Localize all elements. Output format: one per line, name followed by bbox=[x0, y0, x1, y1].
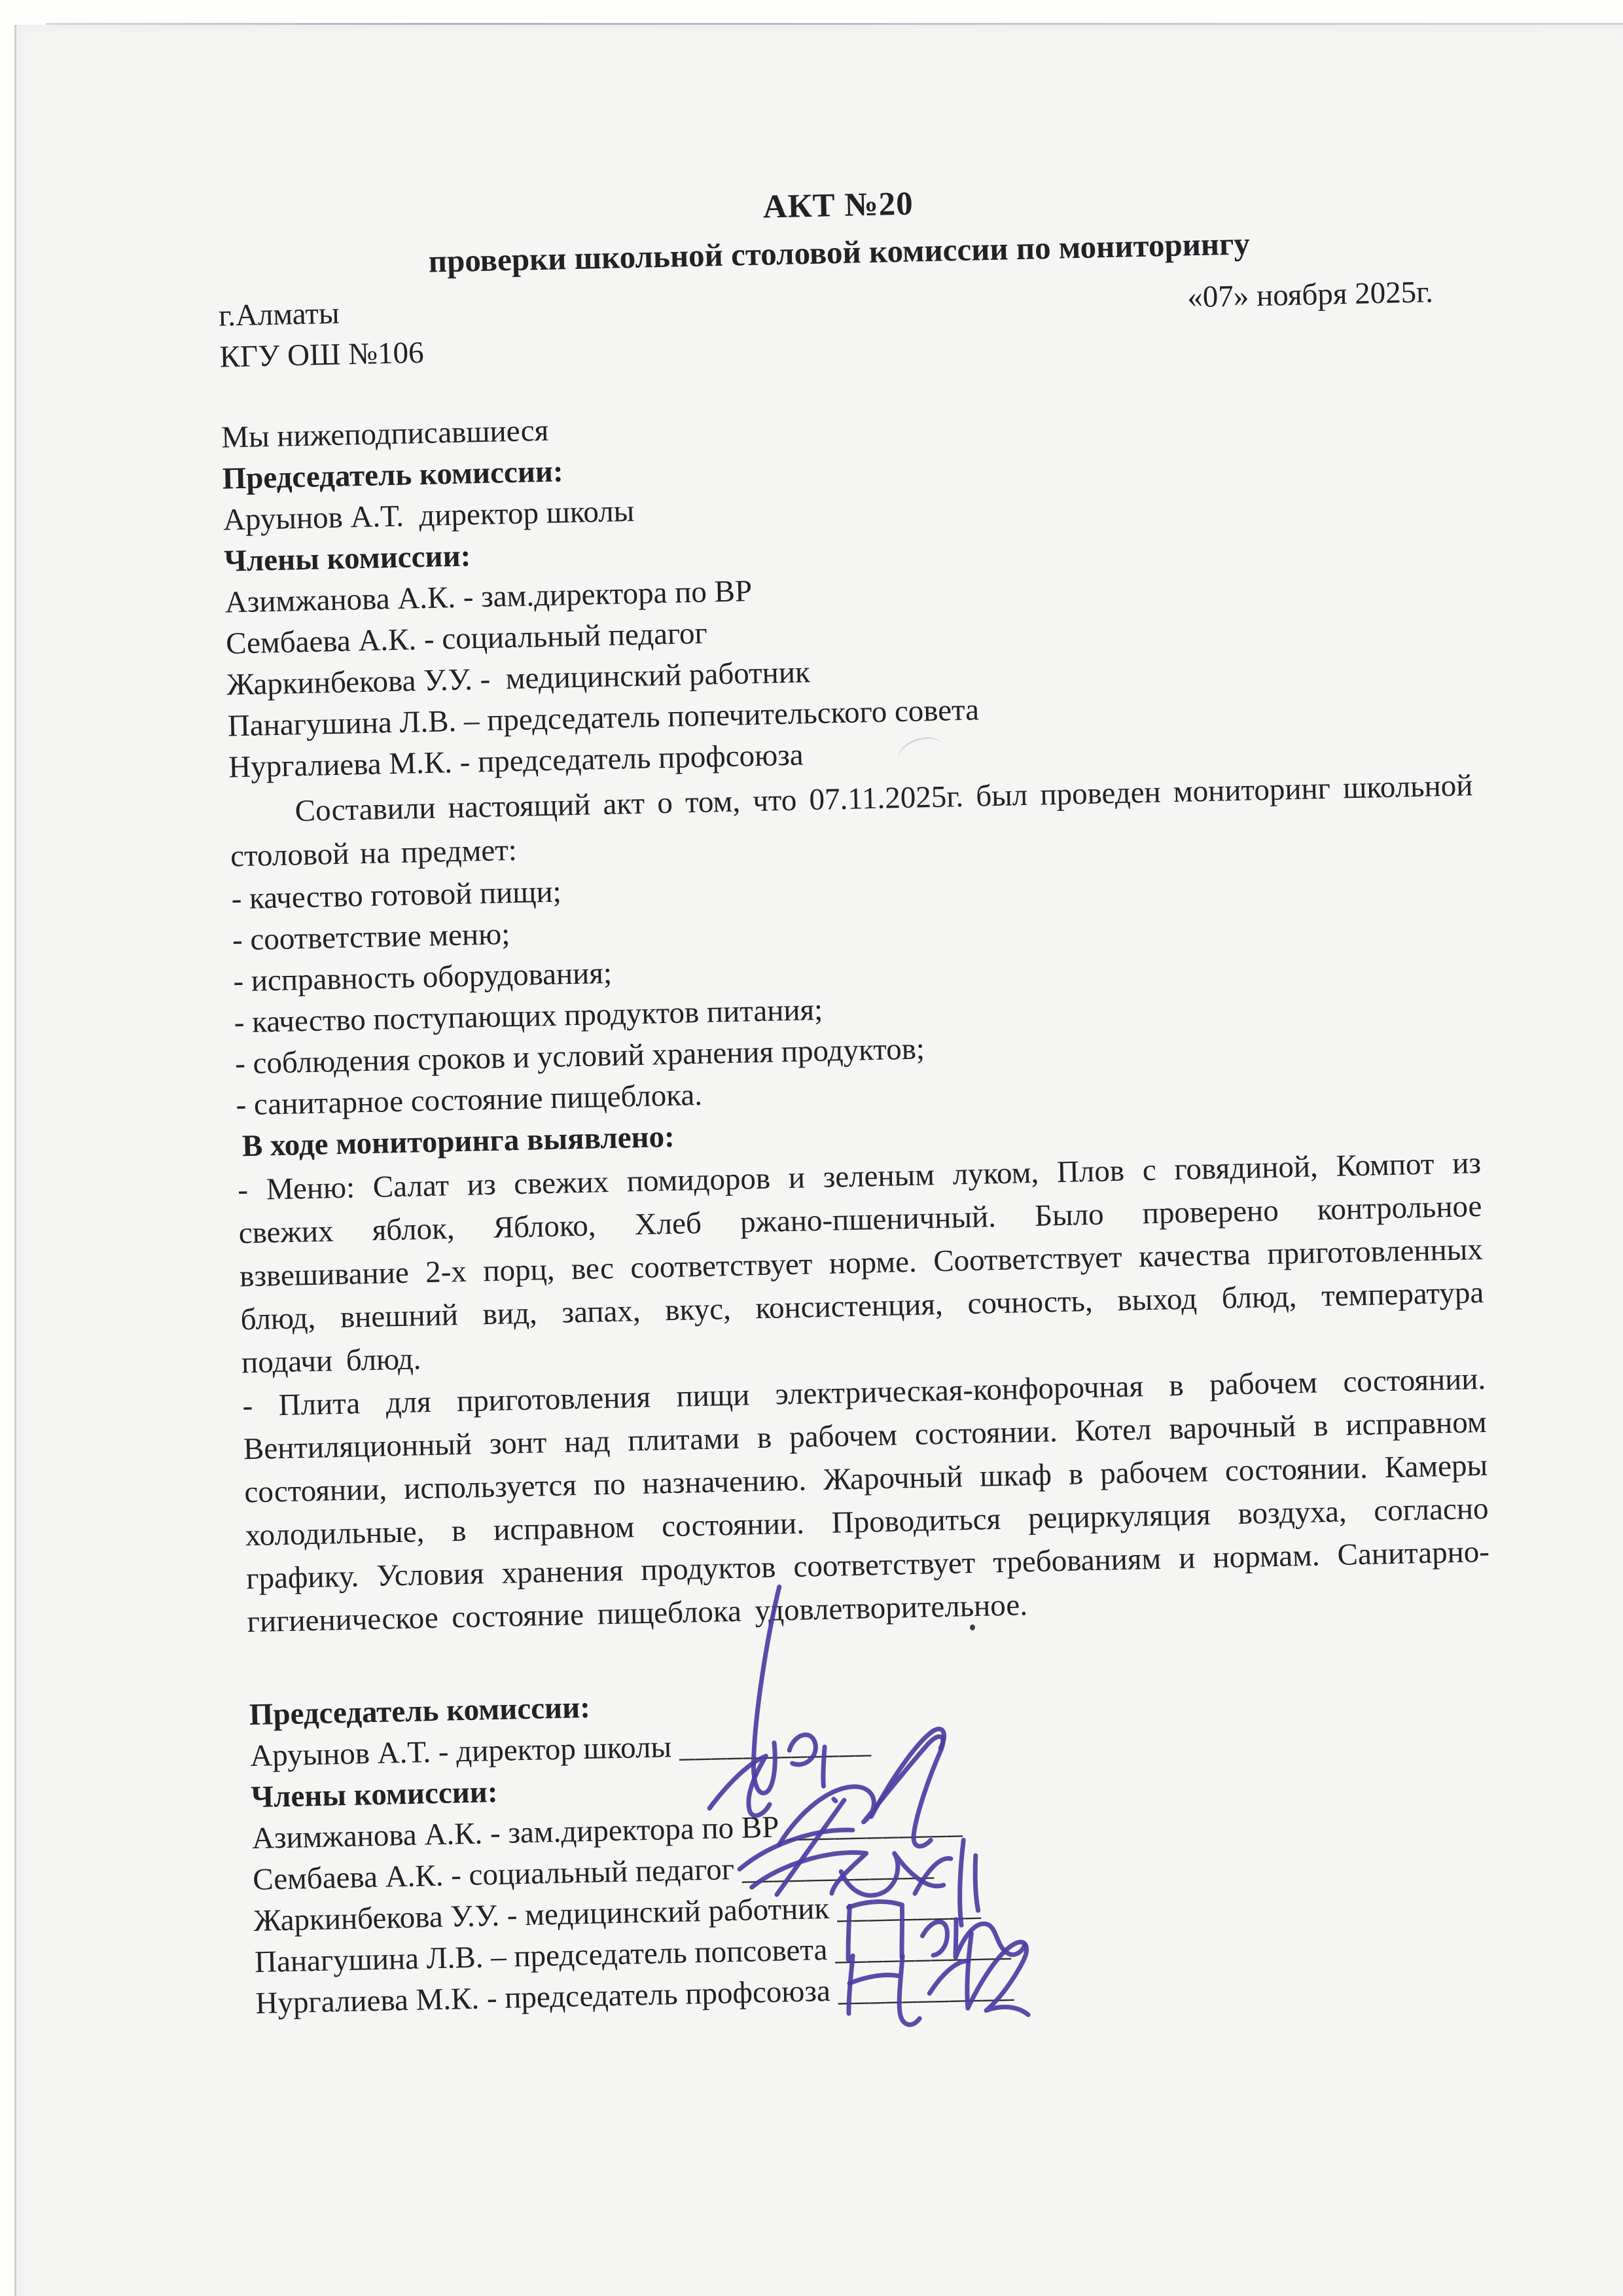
sig-chairman-name: Аруынов А.Т. - директор школы bbox=[250, 1730, 680, 1773]
sig-slot: ___________ bbox=[786, 1803, 963, 1848]
findings-paragraph-equipment: - Плита для приготовления пищи электриче… bbox=[242, 1357, 1491, 1643]
date-line: «07» ноября 2025г. bbox=[1187, 274, 1434, 315]
findings-paragraph-menu: - Меню: Салат из свежих помидоров и зеле… bbox=[238, 1141, 1486, 1384]
signature-line: ___________ bbox=[838, 1970, 1015, 2008]
signature-line: _________ bbox=[836, 1888, 982, 1926]
signature-line: ___________ bbox=[834, 1929, 1012, 1967]
sig-slot: ____________ bbox=[679, 1722, 872, 1767]
sig-member-name: Нургалиева М.К. - председатель профсоюза bbox=[255, 1974, 838, 2020]
sig-slot: _________ bbox=[836, 1885, 982, 1929]
signature-line: ____________ bbox=[679, 1725, 872, 1763]
signature-block: Председатель комиссии: Аруынов А.Т. - ди… bbox=[249, 1668, 1499, 2024]
signature-line: ____________ bbox=[741, 1848, 935, 1886]
sig-slot: ___________ bbox=[834, 1926, 1012, 1971]
sig-slot: ___________ bbox=[838, 1967, 1015, 2012]
sig-slot: ____________ bbox=[741, 1844, 935, 1890]
signature-line: ___________ bbox=[786, 1806, 963, 1844]
sig-member-name: Азимжанова А.К. - зам.директора по ВР bbox=[251, 1810, 787, 1856]
document-content: АКТ №20 проверки школьной столовой комис… bbox=[216, 164, 1499, 2024]
sig-member-name: Сембаева А.К. - социальный педагог bbox=[253, 1852, 743, 1897]
paper-top-edge bbox=[46, 23, 1623, 25]
ink-dot-artifact bbox=[970, 1624, 975, 1630]
